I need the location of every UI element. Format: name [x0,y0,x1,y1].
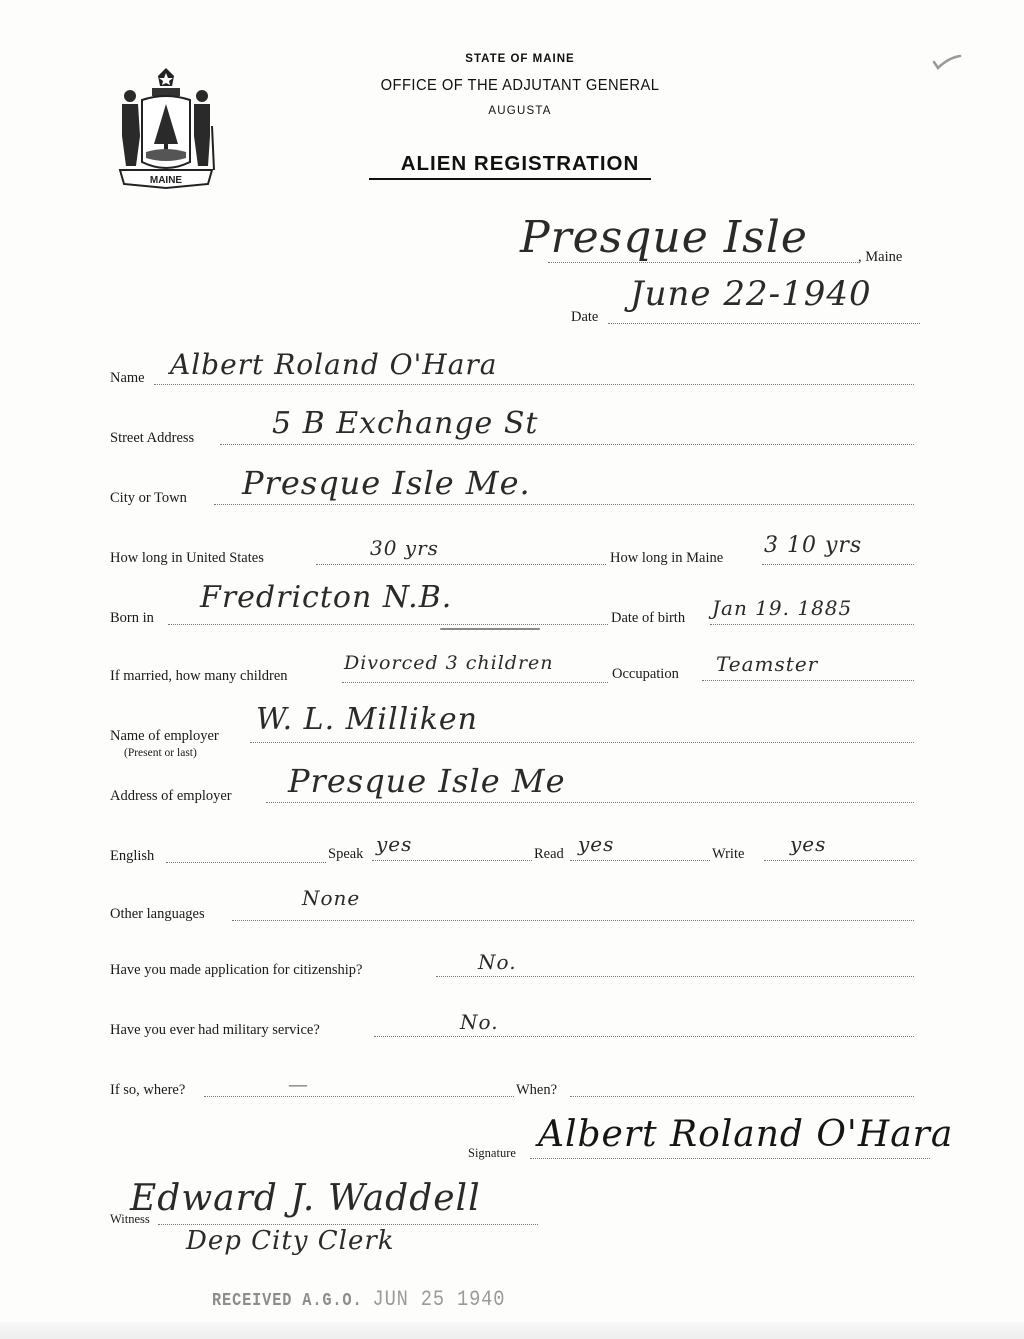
born-in-line [168,624,608,625]
speak-value[interactable]: yes [376,832,412,856]
scan-edge [0,1322,1024,1339]
how-long-maine-line [762,564,914,565]
name-label: Name [110,370,145,387]
employer-address-label: Address of employer [110,788,232,805]
date-label: Date [571,309,598,326]
where-label: If so, where? [110,1082,185,1099]
place-value[interactable]: Presque Isle [520,212,808,263]
military-line [374,1036,914,1037]
street-address-value[interactable]: 5 B Exchange St [272,406,538,441]
speak-line [372,860,532,861]
children-label: If married, how many children [110,668,288,685]
checkmark-icon [930,52,964,72]
other-languages-value[interactable]: None [302,886,360,910]
street-address-label: Street Address [110,430,194,447]
occupation-line [702,680,914,681]
stamp-date: JUN 25 1940 [373,1287,506,1312]
born-in-label: Born in [110,610,154,627]
citizenship-line [436,976,914,977]
when-label: When? [516,1082,557,1099]
header-city: AUGUSTA [300,105,740,117]
employer-name-value[interactable]: W. L. Milliken [256,702,478,737]
form-title: ALIEN REGISTRATION [300,152,740,176]
english-label: English [110,848,154,865]
header-state: STATE OF MAINE [300,53,740,65]
how-long-us-value[interactable]: 30 yrs [370,536,439,560]
citizenship-value[interactable]: No. [478,950,517,974]
employer-name-line [250,742,914,743]
stamp-prefix: RECEIVED A.G.O. [212,1291,362,1311]
read-line [570,860,710,861]
employer-name-label: Name of employer [110,728,219,745]
city-value[interactable]: Presque Isle Me. [242,464,531,502]
how-long-maine-value[interactable]: 3 10 yrs [764,533,862,558]
how-long-maine-label: How long in Maine [610,550,723,567]
city-label: City or Town [110,490,187,507]
witness-line [158,1224,538,1225]
city-line [214,504,914,505]
how-long-us-line [316,564,606,565]
witness-title: Dep City Clerk [186,1226,395,1256]
signature-value[interactable]: Albert Roland O'Hara [538,1114,953,1155]
name-line [154,384,914,385]
military-value[interactable]: No. [460,1010,499,1034]
occupation-value[interactable]: Teamster [716,652,818,676]
date-value[interactable]: June 22-1940 [630,274,872,314]
other-languages-line [232,920,914,921]
occupation-label: Occupation [612,666,679,683]
signature-line [530,1158,930,1159]
header-office: OFFICE OF THE ADJUTANT GENERAL [318,77,723,95]
read-value[interactable]: yes [578,832,614,856]
born-in-underline [440,628,540,630]
military-label: Have you ever had military service? [110,1022,320,1039]
speak-label: Speak [328,846,363,863]
read-label: Read [534,846,564,863]
employer-name-sublabel: (Present or last) [124,747,197,759]
write-label: Write [712,846,744,863]
received-stamp: RECEIVED A.G.O. JUN 25 1940 [212,1287,505,1312]
citizenship-label: Have you made application for citizenshi… [110,962,362,979]
employer-address-value[interactable]: Presque Isle Me [288,762,566,800]
place-suffix: , Maine [858,249,902,266]
name-value[interactable]: Albert Roland O'Hara [170,348,498,381]
maine-state-seal-icon: MAINE [112,66,220,190]
employer-address-line [266,802,914,803]
date-of-birth-label: Date of birth [611,610,685,627]
children-line [342,682,608,683]
street-address-line [220,444,914,445]
write-line [764,860,914,861]
english-line [166,862,326,863]
where-value[interactable]: — [288,1072,309,1096]
date-of-birth-line [710,624,914,625]
how-long-us-label: How long in United States [110,550,264,567]
signature-label: Signature [468,1146,516,1161]
other-languages-label: Other languages [110,906,205,923]
when-line [570,1096,914,1097]
where-line [204,1096,514,1097]
alien-registration-form: MAINE STATE OF MAINE OFFICE OF THE ADJUT… [0,0,1024,1339]
born-in-value[interactable]: Fredricton N.B. [200,580,452,615]
svg-text:MAINE: MAINE [150,175,183,186]
date-of-birth-value[interactable]: Jan 19. 1885 [712,596,852,620]
date-line [608,323,920,324]
witness-value[interactable]: Edward J. Waddell [130,1178,481,1219]
title-underline [369,178,651,180]
children-value[interactable]: Divorced 3 children [344,652,554,674]
write-value[interactable]: yes [790,832,826,856]
